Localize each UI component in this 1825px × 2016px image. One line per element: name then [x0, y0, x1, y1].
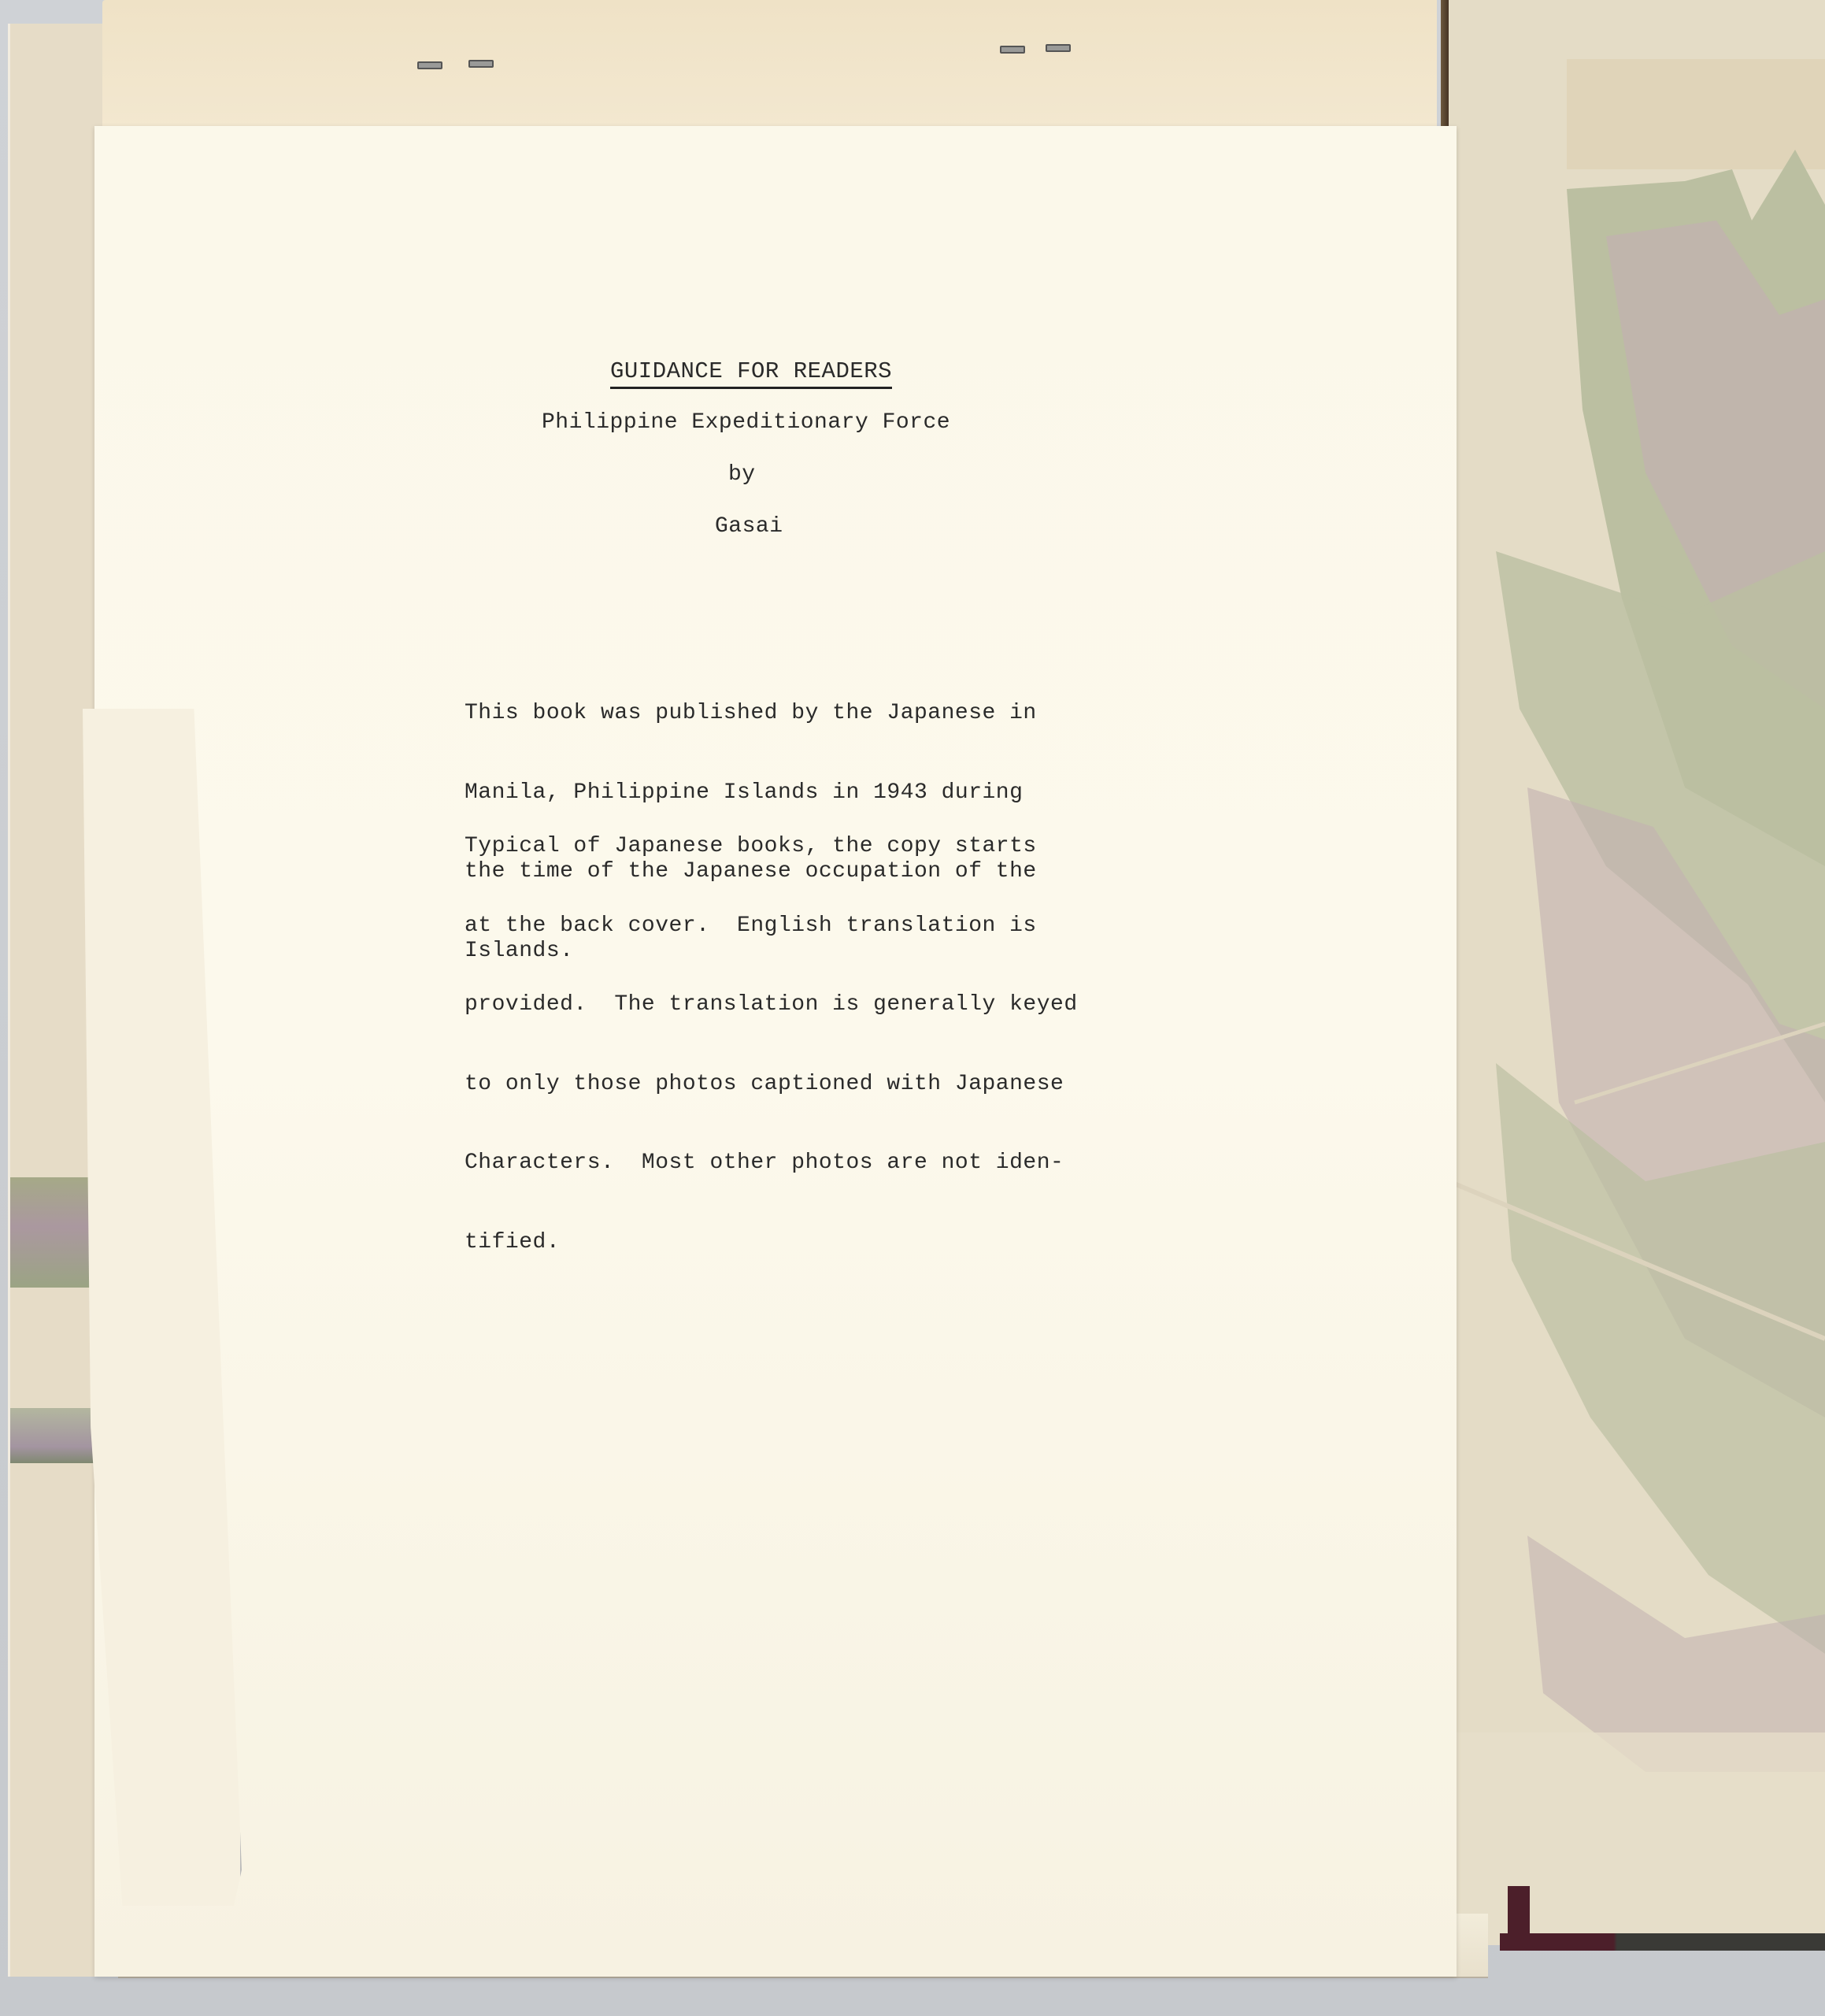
paragraph-line: This book was published by the Japanese … — [465, 700, 1037, 727]
author-name: Gasai — [715, 514, 783, 539]
paragraph-line: at the back cover. English translation i… — [465, 913, 1078, 939]
paragraph-line: Typical of Japanese books, the copy star… — [465, 833, 1078, 860]
document-title: GUIDANCE FOR READERS — [610, 358, 892, 389]
paragraph-line: to only those photos captioned with Japa… — [465, 1071, 1078, 1098]
staple-icon — [1046, 44, 1071, 52]
document-subtitle: Philippine Expeditionary Force — [542, 410, 950, 435]
byline: by — [728, 462, 756, 487]
staple-icon — [417, 61, 442, 69]
paragraph-line: provided. The translation is generally k… — [465, 991, 1078, 1018]
paragraph-line: Characters. Most other photos are not id… — [465, 1150, 1078, 1177]
book-bottom-binding — [1500, 1933, 1825, 1951]
leaf-print-decoration — [1449, 0, 1825, 1945]
staple-icon — [1000, 46, 1025, 54]
book-cover — [1449, 0, 1825, 1945]
staple-icon — [468, 60, 494, 68]
paragraph-line: tified. — [465, 1229, 1078, 1256]
paragraph-reading-guidance: Typical of Japanese books, the copy star… — [465, 780, 1078, 1282]
